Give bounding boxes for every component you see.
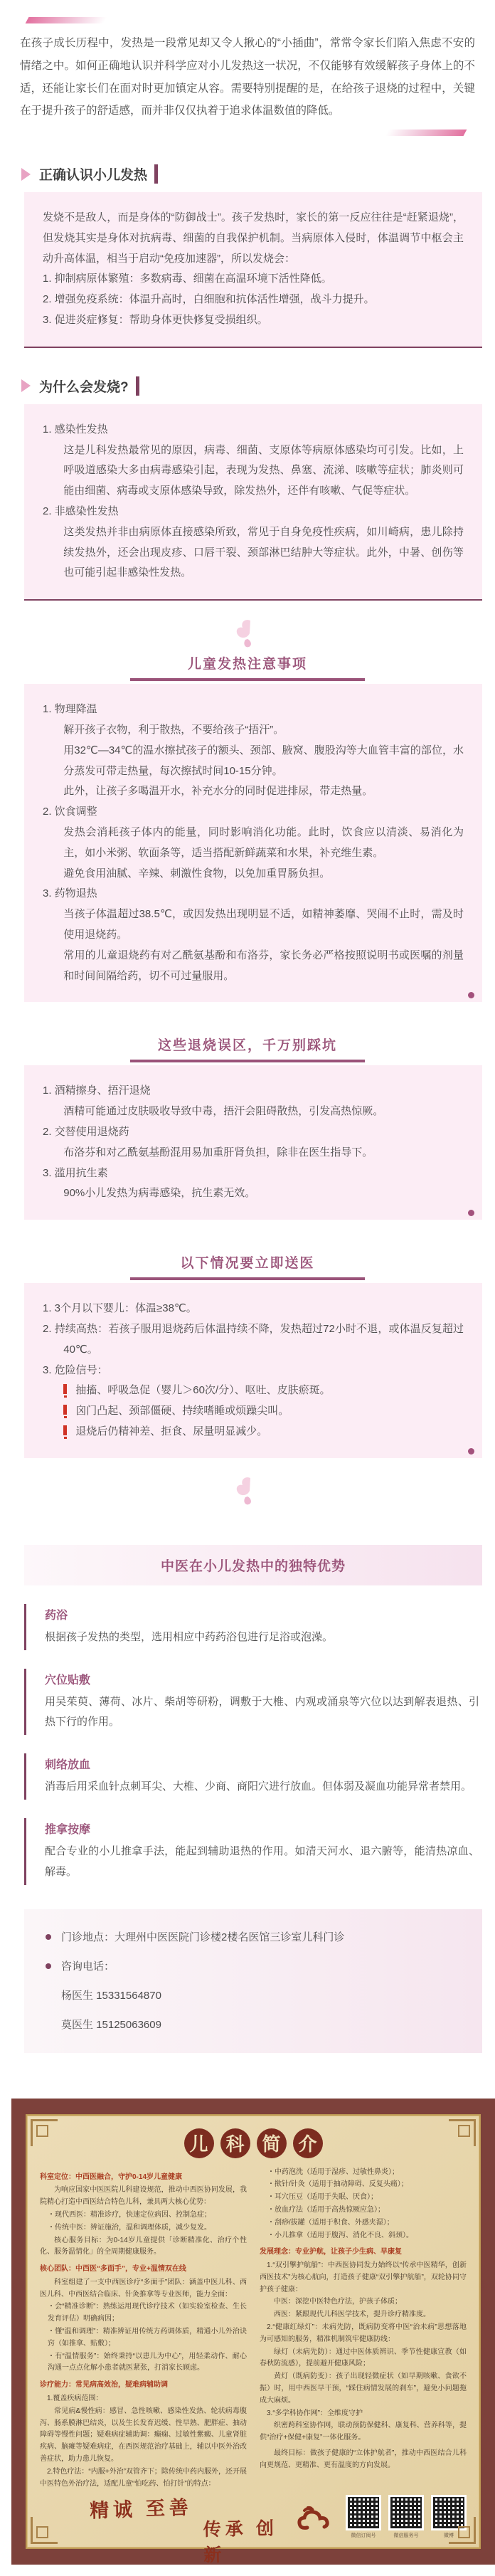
tcm-item-head: 药浴 [45,1606,479,1622]
section-header-understand-fever: 正确认识小儿发热 [21,164,495,184]
centered-title-text: 这些退烧误区，千万别踩坑 [0,1035,495,1054]
why-fever-box: 1. 感染性发热 这是儿科发热最常见的原因，病毒、细菌、支原体等病原体感染均可引… [24,404,482,601]
poster-bullet: ・揿针/针灸（适用于抽动障碍、反复头痛）； [260,2179,467,2191]
qr-label: 微信订阅号 [346,2532,381,2539]
poster-paragraph: 科室组建了一支中西医诊疗“多面手”团队：涵盖中医儿科、西医儿科、中西医结合临床、… [40,2277,247,2301]
list-item: 1. 3个月以下婴儿：体温≥38℃。 [43,1299,464,1319]
poster-title-char: 儿 [184,2128,214,2158]
dot-decoration [468,992,474,998]
item-line: 当孩子体温超过38.5℃，或因发热出现明显不适，如精神萎靡、哭闹不止时，需及时使… [43,904,464,946]
poster-paragraph: 2.特色疗法：“内服+外治”双管齐下；除传统中药内服外，还开展中医特色外治疗法，… [40,2466,247,2491]
item-head: 1. 感染性发热 [43,420,464,440]
section-title: 为什么会发烧? [39,376,129,396]
poster-heading: 发展理念：专业护航，让孩子少生病、早康复 [260,2247,467,2259]
tcm-item-medicated-bath: 药浴 根据孩子发热的类型，选用相应中药药浴包进行足浴或泡澡。 [24,1604,482,1650]
item-head: 3. 滥用抗生素 [43,1163,464,1184]
tcm-title-box: 中医在小儿发热中的独特优势 [24,1545,482,1585]
poster-paragraph: 1.“双引擎护航船”：中西医协同发力始终以“传承中医精华，创新西医技术”为核心航… [260,2260,467,2296]
triangle-bullet-icon [21,168,31,181]
dot-decoration [468,1210,474,1216]
warning-line: 囟门凸起、颈部僵硬、持续嗜睡或烦躁尖叫。 [43,1401,464,1422]
pink-gradient-bar-top [26,17,107,23]
section-title-see-doctor: 以下情况要立即送医 [0,1252,495,1280]
title-underline [130,1060,365,1062]
section-title-fever-care: 儿童发热注意事项 [0,653,495,681]
item-body: 90%小儿发热为病毒感染，抗生素无效。 [43,1183,464,1204]
auspicious-cloud-icon [294,2503,339,2535]
exclamation-icon [63,1425,67,1435]
tcm-item-acupoint-plaster: 穴位贴敷 用吴茱萸、薄荷、冰片、柴胡等研粉，调敷于大椎、内观或涌泉等穴位以达到解… [24,1669,482,1736]
poster-paragraph: 常见病&慢性病：感冒、急性咳嗽、感染性发热、轮状病毒腹泻、肠系膜淋巴结炎，以及生… [40,2406,247,2466]
dot-decoration [468,1448,474,1455]
poster-right-column: ・中药泡洗（适用于湿疹、过敏性鼻炎）； ・揿针/针灸（适用于抽动障碍、反复头痛）… [260,2167,467,2491]
poster-paragraph: 织密跨科室协作网，联动预防保健科、康复科、营养科等，提供“治疗+保健+康复”一体… [260,2420,467,2444]
qr-service-account: 微信服务号 [388,2495,424,2539]
qr-weibo: 微博 [431,2495,467,2539]
motto-jingcheng-zhishan: 精诚 至善 [89,2492,193,2523]
poster-title: 儿 科 简 介 [40,2128,467,2158]
poster-paragraph: 西医：紧跟现代儿科医学技术，提升诊疗精准度。 [260,2309,467,2321]
list-item: 3. 促进炎症修复：帮助身体更快修复受损组织。 [43,310,464,331]
poster-heading: 科室定位：中西医融合，守护0-14岁儿童健康 [40,2172,247,2184]
warning-text: 囟门凸起、颈部僵硬、持续嗜睡或烦躁尖叫。 [75,1405,289,1417]
qr-code-row: 微信订阅号 微信服务号 微博 [346,2495,467,2539]
item-body: 布洛芬和对乙酰氨基酚混用易加重肝肾负担，除非在医生指导下。 [43,1143,464,1163]
item-body: 这是儿科发热最常见的原因，病毒、细菌、支原体等病原体感染均可引发。比如，上呼吸道… [43,440,464,502]
tcm-item-bloodletting: 刺络放血 消毒后用采血针点刺耳尖、大椎、少商、商阳穴进行放血。但体弱及凝血功能异… [24,1753,482,1800]
qr-code [388,2495,424,2530]
tcm-item-head: 推拿按摩 [45,1820,479,1837]
title-underline [130,678,365,681]
qr-label: 微博 [431,2532,467,2539]
list-item: 2. 增强免疫系统：体温升高时，白细胞和抗体活性增强，战斗力提升。 [43,290,464,310]
poster-heading: 诊疗能力：常见病高效治，疑难病辅助调 [40,2380,247,2392]
warning-text: 抽搐、呼吸急促（婴儿＞60次/分）、呕吐、皮肤瘀斑。 [75,1384,330,1396]
exclamation-icon [63,1405,67,1415]
poster-title-char: 科 [220,2128,250,2158]
qr-subscription-account: 微信订阅号 [346,2495,381,2539]
warning-text: 退烧后仍精神差、拒食、尿量明显减少。 [75,1425,267,1437]
poster-paragraph: 黄灯（既病防变）：孩子出现轻微症状（如早期咳嗽、食欲不振）时，用中西医早干预，“… [260,2371,467,2407]
poster-paragraph: 3.“多学科协作网”：全维度守护 [260,2408,467,2420]
warning-line: 退烧后仍精神差、拒食、尿量明显减少。 [43,1422,464,1442]
item-head: 3. 药物退热 [43,884,464,904]
triangle-bullet-icon [21,379,31,392]
poster-title-char: 介 [293,2128,323,2158]
poster-bullet: ・放血疗法（适用于高热惊厥应急）； [260,2205,467,2217]
item-line: 此外，让孩子多喝温开水，补充水分的同时促进排尿，带走热量。 [43,781,464,802]
bullet-icon [46,1934,51,1940]
item-head: 2. 非感染性发热 [43,502,464,522]
item-head: 1. 物理降温 [43,700,464,720]
list-item: 3. 危险信号： [43,1361,464,1381]
tcm-item-massage: 推拿按摩 配合专业的小儿推拿手法，能起到辅助退热的作用。如清天河水、退六腑等，能… [24,1818,482,1885]
item-line: 解开孩子衣物，利于散热，不要给孩子“捂汗”。 [43,720,464,741]
bullet-icon [46,1963,51,1969]
poster-parchment-panel: 儿 科 简 介 科室定位：中西医融合，守护0-14岁儿童健康 为响应国家中医医院… [26,2114,481,2550]
centered-title-text: 儿童发热注意事项 [0,653,495,672]
qr-code [346,2495,381,2530]
tcm-item-body: 配合专业的小儿推拿手法，能起到辅助退热的作用。如清天河水、退六腑等，能清热凉血、… [45,1842,479,1883]
poster-bullet: ・中药泡洗（适用于湿疹、过敏性鼻炎）； [260,2167,467,2179]
vertical-bar-decoration [136,376,139,396]
item-head: 1. 酒精擦身、捂汗退烧 [43,1081,464,1102]
phone-label-text: 咨询电话： [61,1960,115,1973]
warning-line: 抽搐、呼吸急促（婴儿＞60次/分）、呕吐、皮肤瘀斑。 [43,1381,464,1401]
poster-paragraph: 为响应国家中医医院儿科建设规范，推动中西医协同发展，我院精心打造中西医结合特色儿… [40,2185,247,2209]
poster-bullet: ・小儿推拿（适用于腹泻、消化不良、斜颈）。 [260,2230,467,2242]
myths-box: 1. 酒精擦身、捂汗退烧 酒精可能通过皮肤吸收导致中毒，捂汗会阻碍散热，引发高热… [24,1065,482,1220]
poster-paragraph: 2.“健康红绿灯”：未病先防，既病防变将中医“治未病”思想落地为可感知的服务，精… [260,2322,467,2346]
calligraphy-mottos: 精诚 至善 传承 创新 [40,2493,294,2539]
poster-bullet: ・刮痧/拔罐（适用于积食、外感夹湿）； [260,2217,467,2229]
section-header-why-fever: 为什么会发烧? [21,376,495,396]
vertical-bar-decoration [154,164,158,184]
poster-heading: 核心团队：中西医“多面手”，专业+温情双在线 [40,2264,247,2276]
poster-bullet: ・有“温情服务”：始终秉持“以患儿为中心”，用轻柔动作、耐心沟通一点点化解小患者… [40,2351,247,2375]
tcm-item-body: 消毒后用采血针点刺耳尖、大椎、少商、商阳穴进行放血。但体弱及凝血功能异常者禁用。 [45,1777,479,1798]
tcm-item-head: 穴位贴敷 [45,1671,479,1687]
list-item: 2. 持续高热：若孩子服用退烧药后体温持续不降，发热超过72小时不退，或体温反复… [43,1319,464,1361]
item-line: 避免食用油腻、辛辣、刺激性食物，以免加重胃肠负担。 [43,864,464,885]
poster-paragraph: 1.覆盖疾病范围： [40,2393,247,2405]
title-underline [130,1277,365,1280]
see-doctor-box: 1. 3个月以下婴儿：体温≥38℃。 2. 持续高热：若孩子服用退烧药后体温持续… [24,1283,482,1458]
poster-paragraph: 绿灯（未病先防）：通过中医体质辨识、季节性健康宣教（如春秋防流感），提前避开健康… [260,2347,467,2371]
article-page: 在孩子成长历程中，发热是一段常见却又令人揪心的“小插曲”，常常令家长们陷入焦虑不… [0,0,495,2576]
poster-left-column: 科室定位：中西医融合，守护0-14岁儿童健康 为响应国家中医医院儿科建设规范，推… [40,2167,247,2491]
butterfly-icon [235,619,260,649]
item-body: 酒精可能通过皮肤吸收导致中毒，捂汗会阻碍散热，引发高热惊厥。 [43,1102,464,1122]
understand-fever-box: 发烧不是敌人，而是身体的“防御战士”。孩子发热时，家长的第一反应往往是“赶紧退烧… [24,192,482,348]
poster-bullet: ・懂“温和调理”：精准辨证用传统方药调体质，精通小儿外治诀窍（如推拿、贴敷）； [40,2326,247,2350]
poster-paragraph: 中医：深挖中医特色疗法，护孩子体质； [260,2296,467,2308]
clinic-location-line: 门诊地点：大理州中医医院门诊楼2楼名医馆三诊室儿科门诊 [44,1929,462,1944]
item-line: 常用的儿童退烧药有对乙酰氨基酚和布洛芬，家长务必严格按照说明书或医嘱的剂量和时间… [43,946,464,987]
phone-label-line: 咨询电话： [44,1958,462,1973]
poster-paragraph: 核心服务目标：为0-14岁儿童提供「诊断精准化、治疗个性化、服务温情化」的全周期… [40,2235,247,2259]
poster-bullet: ・会“精准诊断”：熟练运用现代诊疗技术（如实验室检查、生长发育评估）明确病因； [40,2301,247,2326]
qr-code [431,2495,467,2530]
poster-bullet: ・耳穴压豆（适用于失眠、厌食）； [260,2192,467,2204]
poster-bullet: ・现代西医：精准诊疗，快速定位病因、控制急症； [40,2210,247,2222]
tcm-item-body: 用吴茱萸、薄荷、冰片、柴胡等研粉，调敷于大椎、内观或涌泉等穴位以达到解表退热、引… [45,1692,479,1733]
section-title-myths: 这些退烧误区，千万别踩坑 [0,1035,495,1062]
phone-number-line: 杨医生 15331564870 [44,1988,462,2002]
item-body: 这类发热并非由病原体直接感染所致，常见于自身免疫性疾病，如川崎病，患儿除持续发热… [43,522,464,584]
poster-title-char: 简 [257,2128,287,2158]
item-head: 2. 饮食调整 [43,802,464,823]
clinic-location-text: 门诊地点：大理州中医医院门诊楼2楼名医馆三诊室儿科门诊 [61,1931,344,1943]
intro-section: 在孩子成长历程中，发热是一段常见却又令人揪心的“小插曲”，常常令家长们陷入焦虑不… [0,0,495,136]
motto-chuancheng-chuangxin: 传承 创新 [203,2514,294,2567]
tcm-item-body: 根据孩子发热的类型，选用相应中药药浴包进行足浴或泡澡。 [45,1627,479,1648]
qr-label: 微信服务号 [388,2532,424,2539]
item-line: 用32℃—34℃的温水擦拭孩子的额头、颈部、腋窝、腹股沟等大血管丰富的部位，水分… [43,741,464,782]
intro-paragraph: 在孩子成长历程中，发热是一段常见却又令人揪心的“小插曲”，常常令家长们陷入焦虑不… [20,32,475,122]
item-line: 发热会消耗孩子体内的能量，同时影响消化功能。此时，饮食应以清淡、易消化为主，如小… [43,823,464,864]
lead-paragraph: 发烧不是敌人，而是身体的“防御战士”。孩子发热时，家长的第一反应往往是“赶紧退烧… [43,208,464,269]
contact-box: 门诊地点：大理州中医医院门诊楼2楼名医馆三诊室儿科门诊 咨询电话： 杨医生 15… [24,1909,482,2053]
poster-paragraph: 最终目标：做孩子健康的“立体护航者”，推动中西医结合儿科向更规范、更精准、更有温… [260,2448,467,2472]
butterfly-icon [235,1477,260,1506]
tcm-title-text: 中医在小儿发热中的独特优势 [161,1559,346,1574]
pink-gradient-bar-bottom [385,130,467,136]
phone-number-line: 莫医生 15125063609 [44,2017,462,2032]
centered-title-text: 以下情况要立即送医 [0,1252,495,1272]
fever-care-box: 1. 物理降温 解开孩子衣物，利于散热，不要给孩子“捂汗”。 用32℃—34℃的… [24,684,482,1002]
item-head: 2. 交替使用退烧药 [43,1122,464,1143]
list-item: 1. 抑制病原体繁殖：多数病毒、细菌在高温环境下活性降低。 [43,269,464,290]
exclamation-icon [63,1384,67,1394]
tcm-item-head: 刺络放血 [45,1756,479,1772]
section-title: 正确认识小儿发热 [39,164,147,184]
pediatrics-intro-poster: 儿 科 简 介 科室定位：中西医融合，守护0-14岁儿童健康 为响应国家中医医院… [11,2099,495,2565]
poster-bullet: ・传统中医：辨证施治，温和调理体质，减少复发。 [40,2222,247,2234]
